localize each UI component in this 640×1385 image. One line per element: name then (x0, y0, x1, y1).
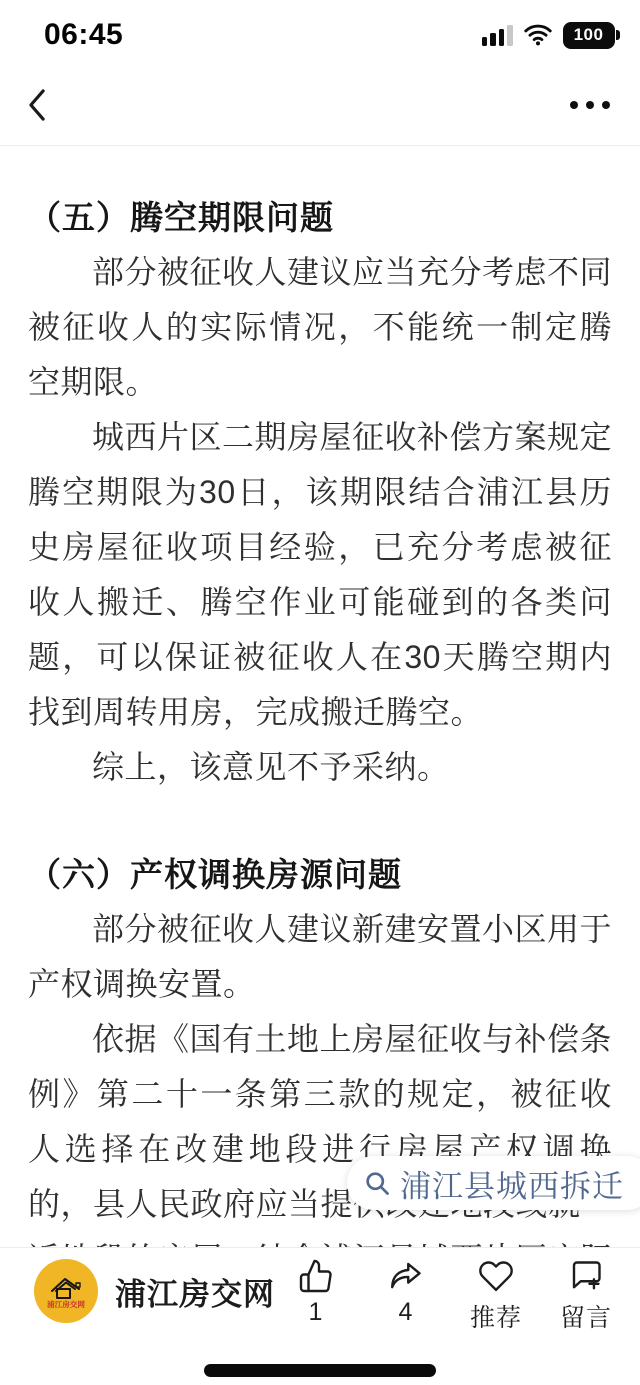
clock: 06:45 (44, 18, 123, 52)
search-keyword-text: 浦江县城西拆迁 (400, 1161, 624, 1206)
comment-label: 留言 (560, 1298, 612, 1334)
heart-icon (478, 1257, 514, 1295)
comment-plus-icon (568, 1257, 604, 1295)
publisher-logo: 浦江房交网 (34, 1259, 98, 1323)
action-buttons: 1 4 推荐 (284, 1257, 618, 1334)
publisher-name: 浦江房交网 (115, 1269, 275, 1314)
article-screen: 06:45 100 (0, 0, 640, 1385)
article-paragraph: 部分被征收人建议新建安置小区用于产权调换安置。 (28, 902, 612, 1012)
publisher-link[interactable]: 浦江房交网 浦江房交网 (34, 1259, 275, 1323)
cellular-signal-icon (482, 24, 513, 46)
chevron-left-icon (26, 87, 48, 123)
status-bar: 06:45 100 (0, 0, 640, 64)
article-heading: （六）产权调换房源问题 (28, 847, 612, 902)
article-paragraph: 城西片区二期房屋征收补偿方案规定腾空期限为30日，该期限结合浦江县历史房屋征收项… (28, 410, 612, 740)
house-icon (46, 1274, 86, 1300)
comment-button[interactable]: 留言 (554, 1257, 618, 1334)
status-icons: 100 (482, 22, 621, 49)
article-heading: （五）腾空期限问题 (28, 190, 612, 245)
search-keyword-tag[interactable]: 浦江县城西拆迁 (347, 1156, 640, 1210)
article-paragraph: 综上，该意见不予采纳。 (28, 740, 612, 795)
battery-level: 100 (563, 22, 615, 49)
recommend-label: 推荐 (470, 1298, 522, 1334)
ellipsis-icon (570, 101, 578, 109)
share-count: 4 (399, 1298, 414, 1327)
thumbs-up-icon (298, 1257, 334, 1295)
article-body: （五）腾空期限问题 部分被征收人建议应当充分考虑不同被征收人的实际情况，不能统一… (0, 146, 640, 1287)
recommend-button[interactable]: 推荐 (464, 1257, 528, 1334)
logo-caption: 浦江房交网 (47, 1300, 85, 1309)
share-button[interactable]: 4 (374, 1257, 438, 1334)
like-button[interactable]: 1 (284, 1257, 348, 1334)
home-indicator[interactable] (204, 1364, 436, 1377)
wifi-icon (523, 23, 553, 47)
share-arrow-icon (388, 1257, 424, 1295)
more-options-button[interactable] (566, 83, 614, 127)
bottom-toolbar: 浦江房交网 浦江房交网 1 (0, 1247, 640, 1385)
nav-bar (0, 64, 640, 146)
back-button[interactable] (26, 83, 70, 127)
article-paragraph: 部分被征收人建议应当充分考虑不同被征收人的实际情况，不能统一制定腾空期限。 (28, 245, 612, 410)
search-icon (363, 1169, 391, 1197)
battery-icon: 100 (563, 22, 621, 49)
like-count: 1 (309, 1298, 324, 1327)
